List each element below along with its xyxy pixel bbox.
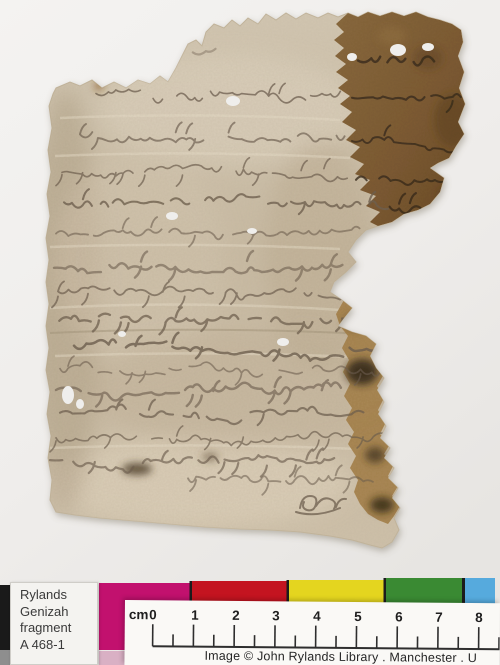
label-line-3: fragment bbox=[20, 620, 97, 637]
label-line-1: Rylands bbox=[20, 587, 97, 604]
digitized-manuscript-photo: Rylands Genizah fragment A 468-1 cm 0 1 … bbox=[0, 0, 500, 665]
label-line-4: A 468-1 bbox=[20, 637, 97, 654]
patch-pink bbox=[99, 651, 126, 665]
shelfmark-label: Rylands Genizah fragment A 468-1 bbox=[10, 582, 98, 665]
photo-scene bbox=[0, 0, 500, 665]
ruler-card: cm 0 1 2 3 4 5 6 7 8 Image © John Ryland… bbox=[124, 600, 500, 665]
copyright-line: Image © John Rylands Library . Mancheste… bbox=[204, 649, 477, 665]
label-line-2: Genizah bbox=[20, 604, 97, 621]
